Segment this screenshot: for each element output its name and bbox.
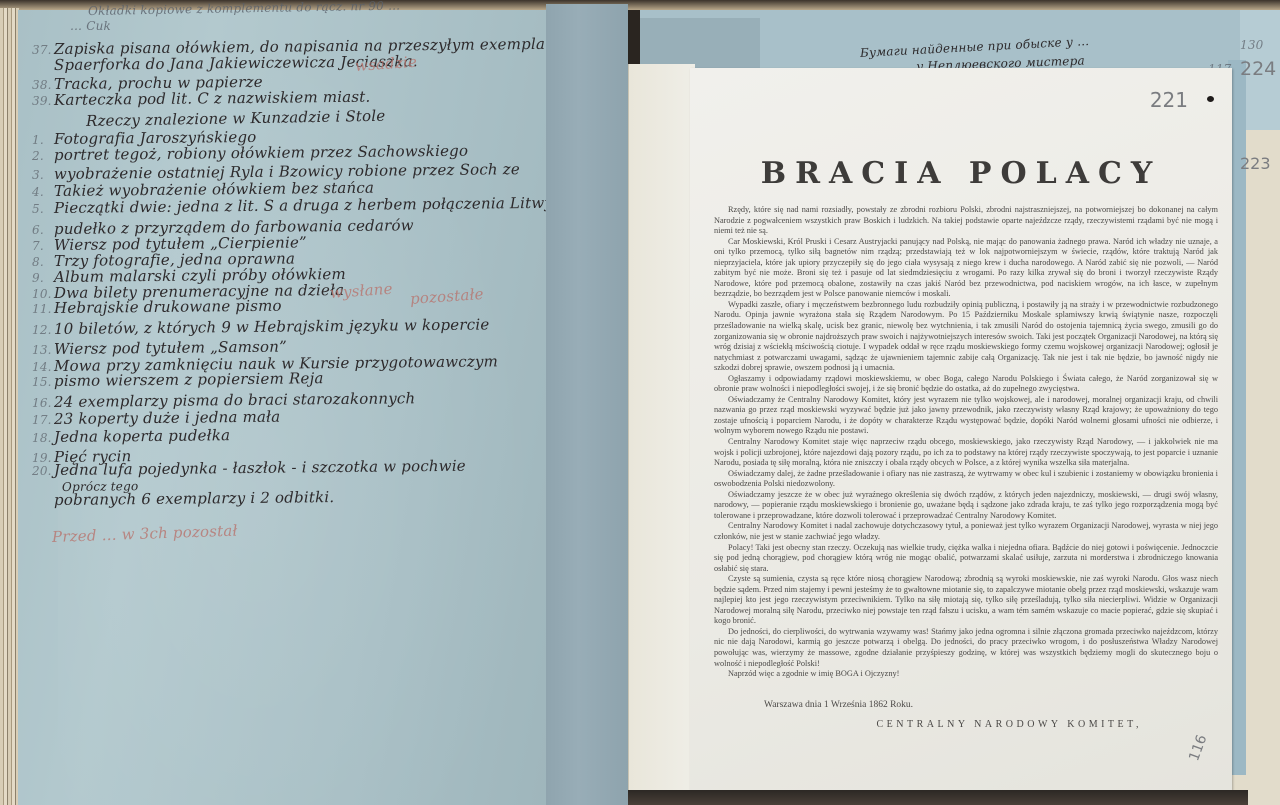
entry-number: 9. [32,271,44,285]
folio-224: 224 [1240,58,1276,80]
proclamation-paragraph: Centralny Narodowy Komitet staje więc na… [714,437,1218,469]
right-top-blue-tab [640,18,760,70]
inventory-entry: 23 koperty duże i jedna mała [54,408,281,428]
proclamation-paragraph: Polacy! Taki jest obecny stan rzeczy. Oc… [714,543,1218,575]
entry-number: 15. [32,375,52,389]
folio-221: 221 [1150,88,1188,112]
entry-number: 2. [32,149,44,163]
entry-number: 10. [32,287,52,301]
folio-130: 130 [1240,38,1264,52]
inventory-entry: pobranych 6 exemplarzy i 2 odbitki. [54,488,334,509]
document-scan: Okładki kopiowe z komplementu do rącz. n… [0,0,1280,805]
proclamation-paragraph: Rzędy, które się nad nami rozsiadły, pow… [714,205,1218,237]
entry-number: 1. [32,133,44,147]
proclamation-paragraph: Oświadczamy jeszcze że w obec już wyraźn… [714,490,1218,522]
entry-number: 5. [32,202,44,216]
entry-number: 39. [32,94,52,108]
header-note: … Cuk [70,19,111,33]
proclamation-paragraph: Czyste są sumienia, czysta są ręce które… [714,574,1218,627]
proclamation-paragraph: Oświadczamy dalej, że żadne prześladowan… [714,469,1218,490]
entry-number: 38. [32,78,52,92]
proclamation-body: Rzędy, które się nad nami rozsiadły, pow… [714,205,1218,680]
cream-flap [628,64,695,794]
page-stack-left [0,8,20,805]
proclamation-paragraph: Ogłaszamy i odpowiadamy rządowi moskiews… [714,374,1218,395]
inventory-entry: Karteczka pod lit. C z nazwiskiem miast. [54,88,371,109]
book-gutter [546,4,628,805]
bottom-shadow [628,790,1248,805]
entry-number: 6. [32,223,44,237]
entry-number: 19. [32,451,52,465]
proclamation-paragraph: Centralny Narodowy Komitet i nadal zacho… [714,521,1218,542]
folio-223: 223 [1240,154,1271,173]
entry-number: 16. [32,396,52,410]
entry-number: 37. [32,43,52,57]
proclamation-paragraph: Do jedności, do cierpliwości, do wytrwan… [714,627,1218,669]
entry-number: 4. [32,185,44,199]
folio-bottom: 116 [1187,733,1211,764]
inventory-entry: Jedna koperta pudełka [54,426,230,446]
proclamation-paragraph: Wypadki zaszłe, ofiary i męczeństwem bez… [714,300,1218,374]
entry-number: 20. [32,464,52,478]
proclamation-title: BRACIA POLACY [690,156,1232,191]
entry-number: 13. [32,343,52,357]
entry-number: 11. [32,302,52,316]
entry-number: 12. [32,323,52,337]
proclamation-signature: CENTRALNY NARODOWY KOMITET, [877,719,1143,730]
entry-number: 8. [32,255,44,269]
entry-number: 3. [32,168,44,182]
entry-number: 18. [32,431,52,445]
proclamation-date: Warszawa dnia 1 Września 1862 Roku. [764,700,913,710]
entry-number: 17. [32,413,52,427]
inventory-entry: Hebrajskie drukowane pismo [54,297,282,317]
ink-blot [1207,96,1214,102]
entry-number: 7. [32,239,44,253]
proclamation-paragraph: Car Moskiewski, Król Pruski i Cesarz Aus… [714,237,1218,300]
inventory-entry: pismo wierszem z popiersiem Reja [54,369,324,390]
proclamation-paragraph: Naprzód więc a zgodnie w imię BOGA i Ojc… [714,669,1218,680]
printed-proclamation: 221 BRACIA POLACY Rzędy, które się nad n… [690,68,1232,790]
entry-number: 14. [32,360,52,374]
proclamation-paragraph: Oświadczamy że Centralny Narodowy Komite… [714,395,1218,437]
